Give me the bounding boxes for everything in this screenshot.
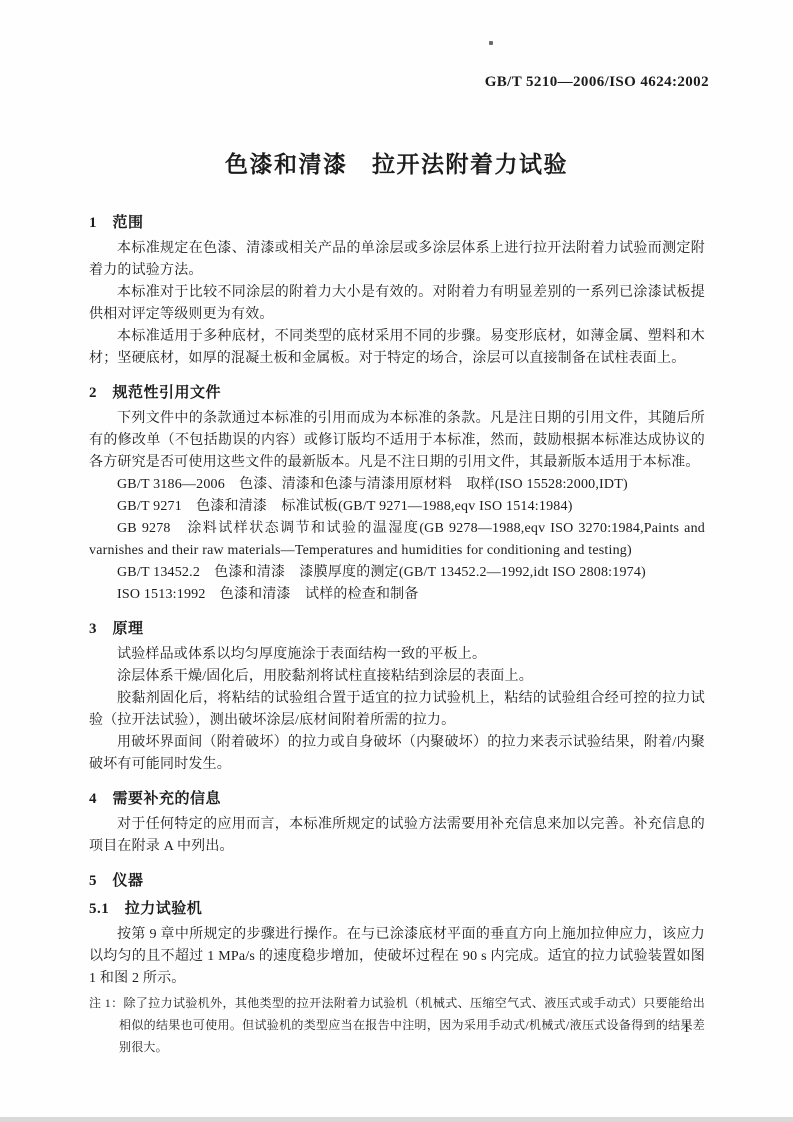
section-heading-principle: 3 原理 (89, 618, 705, 640)
standard-code-header: GB/T 5210—2006/ISO 4624:2002 (485, 74, 709, 91)
reference-item-2: GB/T 9271 色漆和清漆 标准试板(GB/T 9271—1988,eqv … (89, 496, 705, 518)
scanned-document-page: GB/T 5210—2006/ISO 4624:2002 色漆和清漆 拉开法附着… (0, 0, 793, 1122)
principle-paragraph-4: 用破坏界面间（附着破坏）的拉力或自身破坏（内聚破坏）的拉力来表示试验结果，附着/… (89, 732, 705, 776)
scan-speck (489, 41, 493, 45)
principle-paragraph-3: 胶黏剂固化后，将粘结的试验组合置于适宜的拉力试验机上，粘结的试验组合经可控的拉力… (89, 688, 705, 732)
scope-paragraph-1: 本标准规定在色漆、清漆或相关产品的单涂层或多涂层体系上进行拉开法附着力试验而测定… (89, 238, 705, 282)
scope-paragraph-2: 本标准对于比较不同涂层的附着力大小是有效的。对附着力有明显差别的一系列已涂漆试板… (89, 282, 705, 326)
reference-item-1: GB/T 3186—2006 色漆、清漆和色漆与清漆用原材料 取样(ISO 15… (89, 474, 705, 496)
section-heading-supplementary: 4 需要补充的信息 (89, 788, 705, 810)
tensile-tester-note-1: 注 1：除了拉力试验机外，其他类型的拉开法附着力试验机（机械式、压缩空气式、液压… (89, 992, 705, 1058)
supplementary-paragraph-1: 对于任何特定的应用而言，本标准所规定的试验方法需要用补充信息来加以完善。补充信息… (89, 814, 705, 858)
section-heading-apparatus: 5 仪器 (89, 870, 705, 892)
document-title: 色漆和清漆 拉开法附着力试验 (0, 146, 793, 179)
principle-paragraph-2: 涂层体系干燥/固化后，用胶黏剂将试柱直接粘结到涂层的表面上。 (89, 666, 705, 688)
scope-paragraph-3: 本标准适用于多种底材，不同类型的底材采用不同的步骤。易变形底材，如薄金属、塑料和… (89, 326, 705, 370)
tensile-tester-paragraph-1: 按第 9 章中所规定的步骤进行操作。在与已涂漆底材平面的垂直方向上施加拉伸应力，… (89, 924, 705, 990)
note-text: 除了拉力试验机外，其他类型的拉开法附着力试验机（机械式、压缩空气式、液压式或手动… (119, 996, 705, 1054)
reference-item-3: GB 9278 涂料试样状态调节和试验的温湿度(GB 9278—1988,eqv… (89, 518, 705, 562)
subsection-heading-tensile-tester: 5.1 拉力试验机 (89, 898, 705, 920)
scan-edge (0, 1117, 793, 1122)
reference-item-5: ISO 1513:1992 色漆和清漆 试样的检查和制备 (89, 584, 705, 606)
section-heading-references: 2 规范性引用文件 (89, 382, 705, 404)
note-label: 注 1： (89, 996, 124, 1010)
document-body: 1 范围 本标准规定在色漆、清漆或相关产品的单涂层或多涂层体系上进行拉开法附着力… (89, 212, 705, 1058)
references-intro: 下列文件中的条款通过本标准的引用而成为本标准的条款。凡是注日期的引用文件，其随后… (89, 408, 705, 474)
page-number: 1 (683, 1021, 691, 1037)
reference-item-4: GB/T 13452.2 色漆和清漆 漆膜厚度的测定(GB/T 13452.2—… (89, 562, 705, 584)
section-heading-scope: 1 范围 (89, 212, 705, 234)
principle-paragraph-1: 试验样品或体系以均匀厚度施涂于表面结构一致的平板上。 (89, 644, 705, 666)
